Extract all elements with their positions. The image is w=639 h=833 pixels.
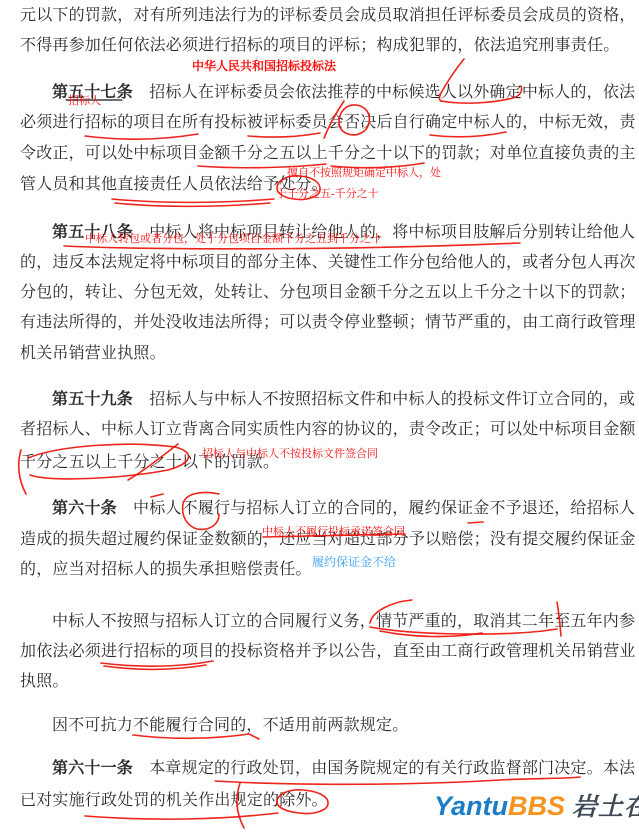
text-line: 不得再参加任何依法必须进行招标的项目的评标；构成犯罪的，依法追究刑事责任。 (20, 37, 619, 54)
text-line: 第五十九条 招标人与中标人不按照招标文件和中标人的投标文件订立合同的，或 (52, 391, 635, 408)
note-art59: 招标人与中标人不按投标文件签合同 (202, 448, 378, 460)
text-line: 机关吊销营业执照。 (20, 345, 166, 362)
watermark-yantu: Yantu (434, 791, 508, 821)
note-art60-blue: 履约保证金不给 (312, 556, 396, 568)
document-page: 元以下的罚款，对有所列违法行为的评标委员会成员取消担任评标委员会成员的资格，不得… (0, 0, 639, 833)
text-line: 令改正，可以处中标项目金额千分之五以上千分之十以下的罚款；对单位直接负责的主 (20, 145, 636, 162)
pen-stroke (133, 734, 259, 739)
pen-stroke (115, 203, 270, 206)
text-line: 有违法所得的，并处没收违法所得；可以责令停业整顿；情节严重的，由工商行政管理 (20, 314, 636, 331)
pen-stroke (151, 494, 163, 497)
pen-stroke (248, 133, 320, 137)
text-line: 第六十一条 本章规定的行政处罚，由国务院规定的有关行政监督部门决定。本法 (52, 760, 635, 777)
pen-stroke (104, 665, 206, 669)
text-line: 元以下的罚款，对有所列违法行为的评标委员会成员取消担任评标委员会成员的资格， (20, 7, 636, 24)
text-line: 分包的，转让、分包无效，处转让、分包项目金额千分之五以上千分之十以下的罚款； (20, 284, 636, 301)
text-line: 中标人不按照与招标人订立的合同履行义务，情节严重的，取消其二年至五年内参 (52, 613, 635, 630)
text-line: 加依法必须进行招标的项目的投标资格并予以公告，直至由工商行政管理机关吊销营业 (20, 643, 636, 660)
pen-stroke (468, 522, 483, 523)
law-title-note: 中华人民共和国招标投标法 (192, 60, 336, 72)
pen-stroke (85, 813, 278, 819)
text-line: 第六十条 中标人不履行与招标人订立的合同的，履约保证金不予退还，给招标人 (52, 500, 635, 517)
note-art58: 中标人转包或者分包，处于分包项目金额千分之五到千分之十 (85, 233, 382, 245)
pen-stroke (380, 631, 482, 637)
watermark-bbs: BBS (508, 791, 565, 821)
note-art57-line1: 擅自不按照规矩确定中标人，处 (287, 167, 441, 179)
pen-stroke (85, 134, 198, 139)
watermark: YantuBBS岩土在线 (434, 787, 639, 823)
text-line: 执照。 (20, 673, 69, 690)
pen-stroke (215, 777, 580, 784)
text-line: 第五十七条 招标人在评标委员会依法推荐的中标候选人以外确定中标人的，依法 (52, 84, 635, 101)
pen-stroke (112, 199, 274, 202)
note-art57-line2: 于千分之五-千分之十 (276, 188, 379, 200)
note-art60-red: 中标人不履行投标承诺签合同 (262, 526, 405, 538)
watermark-cn: 岩土在线 (572, 793, 639, 821)
pen-stroke (430, 132, 506, 137)
text-line: 的，应当对招标人的损失承担赔偿责任。 (20, 561, 312, 578)
text-line: 已对实施行政处罚的机关作出规定的除外。 (20, 792, 328, 809)
text-line: 的，违反本法规定将中标项目的部分主体、关键性工作分包给他人的，或者分包人再次 (20, 254, 636, 271)
text-line: 因不可抗力不能履行合同的，不适用前两款规定。 (52, 717, 408, 734)
pen-stroke (101, 661, 213, 666)
text-line: 者招标人、中标人订立背离合同实质性内容的协议的，责令改正；可以处中标项目金额 (20, 421, 636, 438)
text-line: 必须进行招标的项目在所有投标被评标委员会否决后自行确定中标人的，中标无效，责 (20, 114, 636, 131)
note-bidder: 招标人 (68, 95, 101, 107)
